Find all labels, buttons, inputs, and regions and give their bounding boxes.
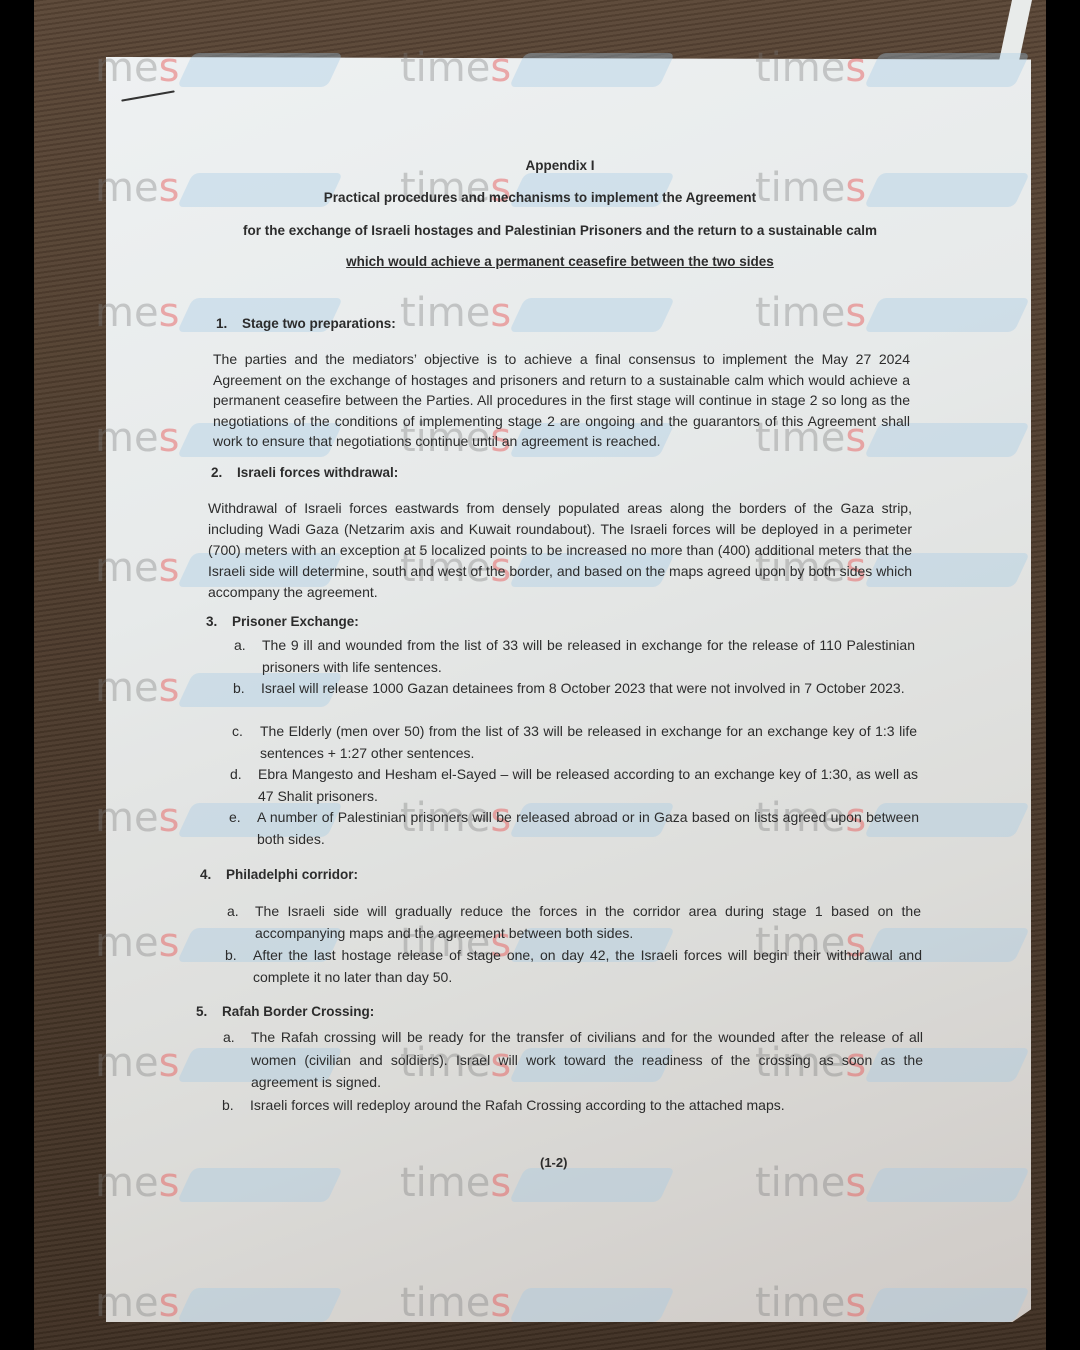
item-label: a. <box>227 901 239 923</box>
item-label: a. <box>234 635 246 657</box>
list-item-5b: b.Israeli forces will redeploy around th… <box>250 1095 924 1117</box>
item-label: b. <box>222 1095 234 1117</box>
item-label: e. <box>229 807 241 829</box>
document-subtitle-line-3: which would achieve a permanent ceasefir… <box>0 254 1080 269</box>
list-item-3e: e.A number of Palestinian prisoners will… <box>257 807 919 850</box>
section-number: 5. <box>196 1004 222 1019</box>
item-text: After the last hostage release of stage … <box>253 947 922 985</box>
section-number: 4. <box>200 867 226 882</box>
item-label: b. <box>225 945 237 967</box>
item-text: The Rafah crossing will be ready for the… <box>251 1029 923 1090</box>
list-item-3b: b.Israel will release 1000 Gazan detaine… <box>261 678 916 700</box>
section-title: Rafah Border Crossing: <box>222 1004 374 1019</box>
section-title: Stage two preparations: <box>242 316 396 331</box>
section-2-heading: 2.Israeli forces withdrawal: <box>211 465 398 480</box>
section-title: Philadelphi corridor: <box>226 867 358 882</box>
list-item-4b: b.After the last hostage release of stag… <box>253 945 922 988</box>
section-3-heading: 3.Prisoner Exchange: <box>206 614 359 629</box>
list-item-5a: a.The Rafah crossing will be ready for t… <box>251 1026 923 1094</box>
list-item-3a: a.The 9 ill and wounded from the list of… <box>262 635 915 678</box>
item-text: The 9 ill and wounded from the list of 3… <box>262 637 915 675</box>
item-label: b. <box>233 678 245 700</box>
item-text: Ebra Mangesto and Hesham el-Sayed – will… <box>258 766 918 804</box>
item-text: Israel will release 1000 Gazan detainees… <box>261 680 905 696</box>
item-text: Israeli forces will redeploy around the … <box>250 1097 785 1113</box>
section-title: Israeli forces withdrawal: <box>237 465 398 480</box>
section-2-body: Withdrawal of Israeli forces eastwards f… <box>208 498 912 603</box>
document-subtitle-line-2: for the exchange of Israeli hostages and… <box>0 223 1080 238</box>
item-text: The Israeli side will gradually reduce t… <box>255 903 921 941</box>
section-1-heading: 1.Stage two preparations: <box>216 316 396 331</box>
item-text: The Elderly (men over 50) from the list … <box>260 723 917 761</box>
section-4-heading: 4.Philadelphi corridor: <box>200 867 358 882</box>
item-label: d. <box>230 764 242 786</box>
list-item-3c: c.The Elderly (men over 50) from the lis… <box>260 721 917 764</box>
section-number: 2. <box>211 465 237 480</box>
section-number: 1. <box>216 316 242 331</box>
item-label: a. <box>223 1026 235 1049</box>
item-label: c. <box>232 721 243 743</box>
list-item-3d: d.Ebra Mangesto and Hesham el-Sayed – wi… <box>258 764 918 807</box>
list-item-4a: a.The Israeli side will gradually reduce… <box>255 901 921 944</box>
appendix-title: Appendix I <box>0 158 1080 173</box>
section-title: Prisoner Exchange: <box>232 614 359 629</box>
section-1-body: The parties and the mediators’ objective… <box>213 349 910 452</box>
document-subtitle-line-1: Practical procedures and mechanisms to i… <box>0 190 1080 205</box>
item-text: A number of Palestinian prisoners will b… <box>257 809 919 847</box>
document-content: Appendix I Practical procedures and mech… <box>0 0 1080 1350</box>
section-number: 3. <box>206 614 232 629</box>
page-number: (1-2) <box>540 1155 567 1170</box>
section-5-heading: 5.Rafah Border Crossing: <box>196 1004 374 1019</box>
